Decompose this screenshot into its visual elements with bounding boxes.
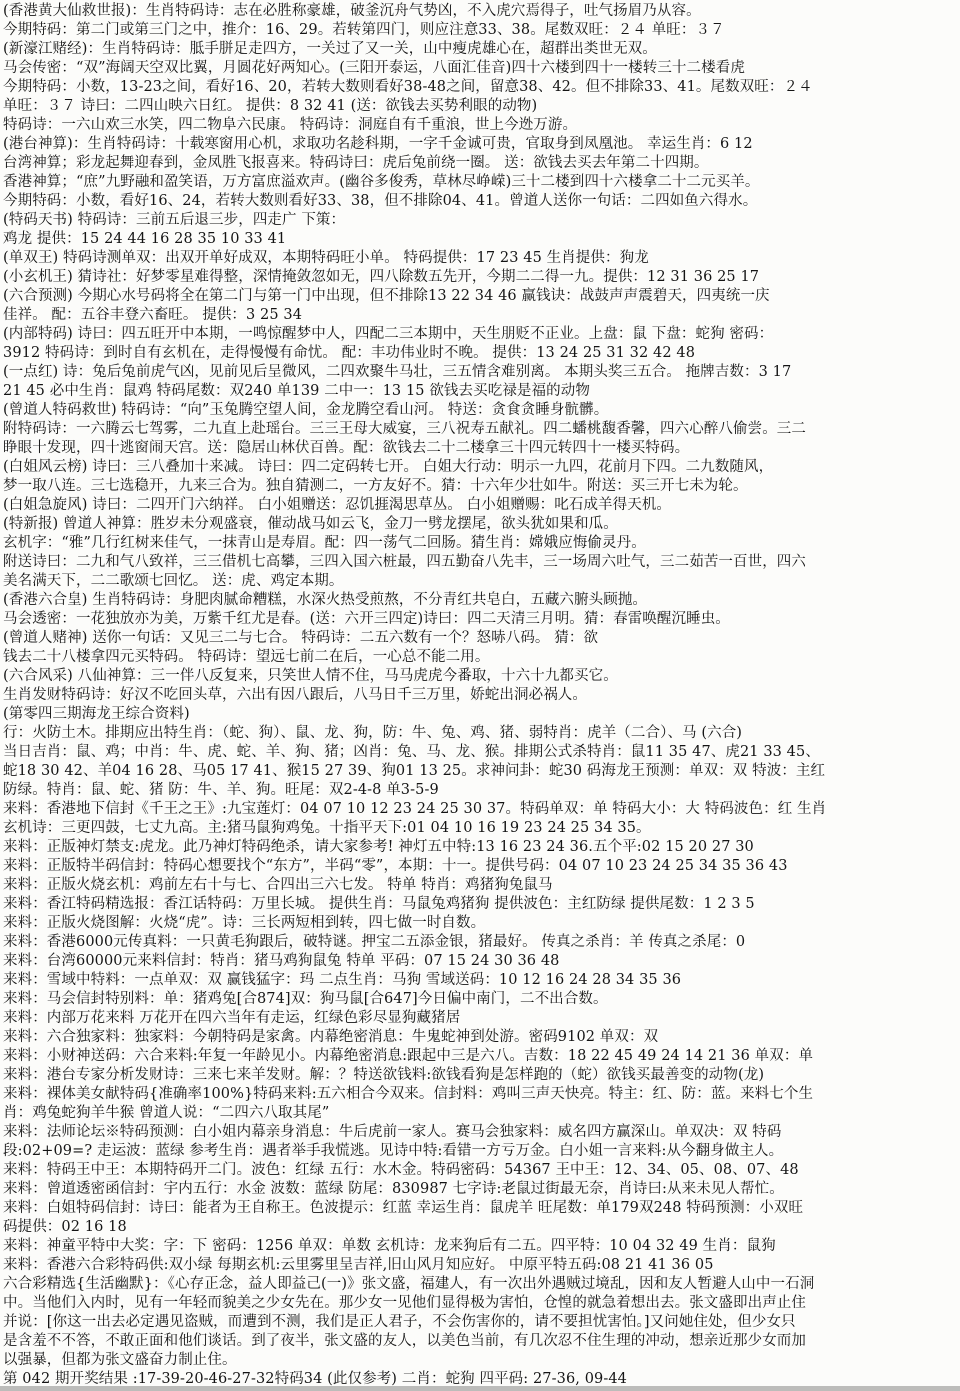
- text-line: (特码天书) 特码诗：三前五后退三步，四走广 下策：: [3, 211, 960, 230]
- text-line: 来料：内部万花来料 万花开在四六当年有走运，红绿色彩尽显狗藏猪居: [3, 1009, 960, 1028]
- text-line: 香港神算；“庶”九野融和盈笑语，万方富庶溢欢声。(幽谷多俊秀，草林尽峥嵘)三十二…: [3, 173, 960, 192]
- text-line: (香港黄大仙救世报)：生肖特码诗：志在必胜称豪雄，破釜沉舟气势凶，不入虎穴焉得子…: [3, 2, 960, 21]
- text-line: 佳祥。 配：五谷丰登六畜旺。 提供：3 25 34: [3, 306, 960, 325]
- text-line: 蛇18 30 42、羊04 16 28、马05 17 41、猴15 27 39、…: [3, 762, 960, 781]
- text-line: 来料：雪域中特料：一点单双：双 赢钱猛字：玛 二点生肖：马狗 雪域送码：10 1…: [3, 971, 960, 990]
- text-line: (六合风采) 八仙神算：三一伴八反复来，只笑世人情不住，马马虎虎今番取，十六十九…: [3, 667, 960, 686]
- text-line: 来料：香港地下信封《千王之王》:九宝莲灯：04 07 10 12 23 24 2…: [3, 800, 960, 819]
- text-line: 附送诗曰：二九和气八致祥，三三借机七高攀，三四入国六桩最，四五勤奋八先丰，三一场…: [3, 553, 960, 572]
- text-line: 肖：鸡兔蛇狗羊牛猴 曾道人说：“二四六八取其尾”: [3, 1104, 960, 1123]
- text-line: (白姐风云榜) 诗曰：三八叠加十来减。 诗曰：四二定码转七开。 白姐大行动：明示…: [3, 458, 960, 477]
- text-line: 美名满天下，二二歌颂七回忆。 送：虎、鸡定本期。: [3, 572, 960, 591]
- text-line: 梦一取八连。三七选稳开，九来三合为。独自猜测二，一方友好不。猜：十六年少壮如牛。…: [3, 477, 960, 496]
- text-line: 钱去二十八楼拿四元买特码。 特码诗：望远七前二在后，一心总不能二用。: [3, 648, 960, 667]
- text-line: (特新报) 曾道人神算：胜岁未分观盛衰，催动战马如云飞，金刀一劈龙摆尾，欲头犹如…: [3, 515, 960, 534]
- text-line: 来料：港台专家分析发财诗：三来七来羊发财。解：？特送欲钱料:欲钱看狗是怎样跑的（…: [3, 1066, 960, 1085]
- text-line: (一点红) 诗：兔后兔前虎气凶，见前见后呈微风，二四欢聚牛马壮，三五情含难别离。…: [3, 363, 960, 382]
- scanned-document-page: (香港黄大仙救世报)：生肖特码诗：志在必胜称豪雄，破釜沉舟气势凶，不入虎穴焉得子…: [0, 0, 960, 1391]
- text-line: (白姐急旋风) 诗曰：二四开门六纳祥。 白小姐赠送：忍饥捱渴思草丛。 白小姐赠赐…: [3, 496, 960, 515]
- text-line: (六合预测) 今期心水号码将全在第二门与第一门中出现，但不排除13 22 34 …: [3, 287, 960, 306]
- text-line: 生肖发财特码诗：好汉不吃回头草，六出有因八跟后，八马日千三万里，娇蛇出洞必祸人。: [3, 686, 960, 705]
- text-line: 台湾神算；彩龙起舞迎春到，金凤胜飞报喜来。特码诗曰：虎后兔前绕一圈。 送：欲钱去…: [3, 154, 960, 173]
- text-line: 六合彩精选{生活幽默}：《心存正念，益人即益己(一)》张文盛，福建人，有一次出外…: [3, 1275, 960, 1294]
- text-line: 当日吉肖：鼠、鸡；中肖：牛、虎、蛇、羊、狗、猪；凶肖：兔、马、龙、猴。排期公式杀…: [3, 743, 960, 762]
- text-line: (港台神算)：生肖特码诗：十载寒窗用心机，求取功名趁科期，一字千金诚可贵，官取身…: [3, 135, 960, 154]
- text-line: (内部特码) 诗曰：四五旺开中本期，一鸣惊醒梦中人，四配二三本期中，天生朋贬不正…: [3, 325, 960, 344]
- text-line: (曾道人特码救世) 特码诗：“向”玉兔腾空望人间，金龙腾空看山河。 特送：贪食贪…: [3, 401, 960, 420]
- text-line: 来料：台湾60000元来料信封：特肖：猪马鸡狗鼠兔 特单 平码：07 15 24…: [3, 952, 960, 971]
- text-line: 来料：白姐特码信封：诗曰：能者为王自称王。色波提示：红蓝 幸运生肖：鼠虎羊 旺尾…: [3, 1199, 960, 1218]
- text-line: (香港六合皇) 生肖特码诗：身肥肉腻命糟糕，水深火热受煎熬，不分青红共皂白，五藏…: [3, 591, 960, 610]
- text-line: 玄机字：“雅”几行红树来佳气，一抹青山是寿眉。配：四一荡气二回肠。猜生肖：嫦娥应…: [3, 534, 960, 553]
- text-line: 今期特码：小数，13-23之间，看好16、20，若转大数则看好38-48之间，留…: [3, 78, 960, 97]
- text-line: 来料：马会信封特别料：单：猪鸡兔[合874]双：狗马鼠[合647]今日偏中南门，…: [3, 990, 960, 1009]
- text-line: 睁眼十发现，四十逃窗闹天宫。送：隐居山林伏百兽。配：欲钱去二十二楼拿三十四元转四…: [3, 439, 960, 458]
- text-line: 并说：[你这一出去必定遇见盗贼，而遭到不测，我们是正人君子，不会伤害你的，请不要…: [3, 1313, 960, 1332]
- text-line: 来料：正版火烧玄机：鸡前左右十与七、合四出三六七发。 特单 特肖：鸡猪狗兔鼠马: [3, 876, 960, 895]
- text-line: 是含羞不不答，不敢正面和他们谈话。到了夜半，张文盛的友人，以美色当前，有几次忍不…: [3, 1332, 960, 1351]
- text-line: 来料：香港6000元传真料：一只黄毛狗跟后，破特谜。押宝二五添金银，猪最好。 传…: [3, 933, 960, 952]
- text-line: (曾道人赌神) 送你一句话：又见三二与七合。 特码诗：二五六数有一个？怒哧八码。…: [3, 629, 960, 648]
- text-line: 来料：香江特码精选报：香江话特码：万里长城。 提供生肖：马鼠兔鸡猪狗 提供波色：…: [3, 895, 960, 914]
- text-line: 玄机诗：三更四鼓，七丈九高。主:猪马鼠狗鸡兔。十指平天下:01 04 10 16…: [3, 819, 960, 838]
- text-line: 3912 特码诗：到时自有玄机在，走得慢慢有命忧。 配：丰功伟业时不晚。 提供：…: [3, 344, 960, 363]
- text-line: 附特码诗：一六腾云七驾雾，二九直上赴瑶台。三三王母大威宴，三八祝寿五献礼。四二蟠…: [3, 420, 960, 439]
- text-line: 今期特码：小数，看好16、24，若转大数则看好33、38，但不排除04、41。曾…: [3, 192, 960, 211]
- text-line: 马会传密：“双”海阔天空双比翼，月圆花好两知心。(三阳开泰运，八面汇佳音)四十六…: [3, 59, 960, 78]
- text-line: 来料：小财神送码：六合来料:年复一年龄见小。内幕绝密消息:跟起中三是六八。吉数：…: [3, 1047, 960, 1066]
- text-line: 鸡龙 提供：15 24 44 16 28 35 10 33 41: [3, 230, 960, 249]
- text-line: 特码诗：一六山欢三水笑，四二物阜六民康。 特码诗：洞庭自有千重浪，世上今迯万游。: [3, 116, 960, 135]
- text-line: 码提供：02 16 18: [3, 1218, 960, 1237]
- text-line: 来料：正版神灯禁支:虎龙。此乃神灯特码绝杀，请大家参考! 神灯五中特:13 16…: [3, 838, 960, 857]
- text-line: (第零四三期海龙王综合资料): [3, 705, 960, 724]
- text-line: 单旺：３７ 诗曰：二四山映六日红。 提供：8 32 41 (送：欲钱去买势利眼的…: [3, 97, 960, 116]
- text-line: 以强暴，但都为张文盛奋力制止住。: [3, 1351, 960, 1370]
- text-line: (新濠江赌经)：生肖特码诗：胝手胼足走四方，一关过了又一关，山中瘦虎雄心在，超群…: [3, 40, 960, 59]
- document-text: (香港黄大仙救世报)：生肖特码诗：志在必胜称豪雄，破釜沉舟气势凶，不入虎穴焉得子…: [3, 2, 960, 1389]
- text-line: 来料：正版火烧图解：火烧“虎”。诗：三长两短相到转，四七做一时自数。: [3, 914, 960, 933]
- text-line: 来料：裸体美女献特码{准确率100%}特码来料:五六相合今双来。信封料：鸡叫三声…: [3, 1085, 960, 1104]
- text-line: 马会透密：一花独放亦为美，万紫千红尤是春。(送：六开三四定)诗曰：四二天清三月明…: [3, 610, 960, 629]
- text-line: 21 45 必中生肖：鼠鸡 特码尾数：双240 单139 二中一：13 15 欲…: [3, 382, 960, 401]
- text-line: 来料：香港六合彩特码供:双小绿 每期玄机:云里雾里呈吉祥,旧山风月知应好。 中原…: [3, 1256, 960, 1275]
- text-line: (小玄机王) 猜诗社：好梦零星难得整，深情掩敛忽如无，四八除数五先开，今期二二得…: [3, 268, 960, 287]
- text-line: 段:02+09=? 走运波：蓝绿 参考生肖：遇者举手我慌逃。见诗中特:看错一方亏…: [3, 1142, 960, 1161]
- text-line: 来料：正版特半码信封：特码心想要找个“东方”，半码“零”，本期：十一。提供号码：…: [3, 857, 960, 876]
- text-line: 来料：曾道透密函信封：宇内五行：水金 波数：蓝绿 防尾：830987 七字诗:老…: [3, 1180, 960, 1199]
- text-line: 来料：六合独家料：独家料：今朝特码是家禽。内幕绝密消息：牛鬼蛇神到处游。密码91…: [3, 1028, 960, 1047]
- text-line: 防绿。特肖：鼠、蛇、猪 防：牛、羊、狗。旺尾：双2-4-8 单3-5-9: [3, 781, 960, 800]
- scan-artifact-bar: [0, 1386, 960, 1391]
- text-line: 来料：神童平特中大奖：字：下 密码：1256 单双：单数 玄机诗：龙来狗后有二五…: [3, 1237, 960, 1256]
- text-line: 行：火防土木。排期应出特生肖：（蛇、狗）、鼠、龙、狗，防：牛、兔、鸡、猪、弱特肖…: [3, 724, 960, 743]
- text-line: 今期特码：第二门或第三门之中，推介：16、29。若转第四门，则应注意33、38。…: [3, 21, 960, 40]
- text-line: 中。当他们入内时，见有一年轻而貌美之少女先在。那少女一见他们显得极为害怕，仓惶的…: [3, 1294, 960, 1313]
- text-line: 来料：特码王中王：本期特码开二门。波色：红绿 五行：水木金。特码密码：54367…: [3, 1161, 960, 1180]
- text-line: (单双王) 特码诗测单双：出双开单好成双，本期特码旺小单。 特码提供：17 23…: [3, 249, 960, 268]
- text-line: 来料：法师论坛※特码预测：白小姐内幕亲身消息：牛后虎前一家人。赛马会独家料：威名…: [3, 1123, 960, 1142]
